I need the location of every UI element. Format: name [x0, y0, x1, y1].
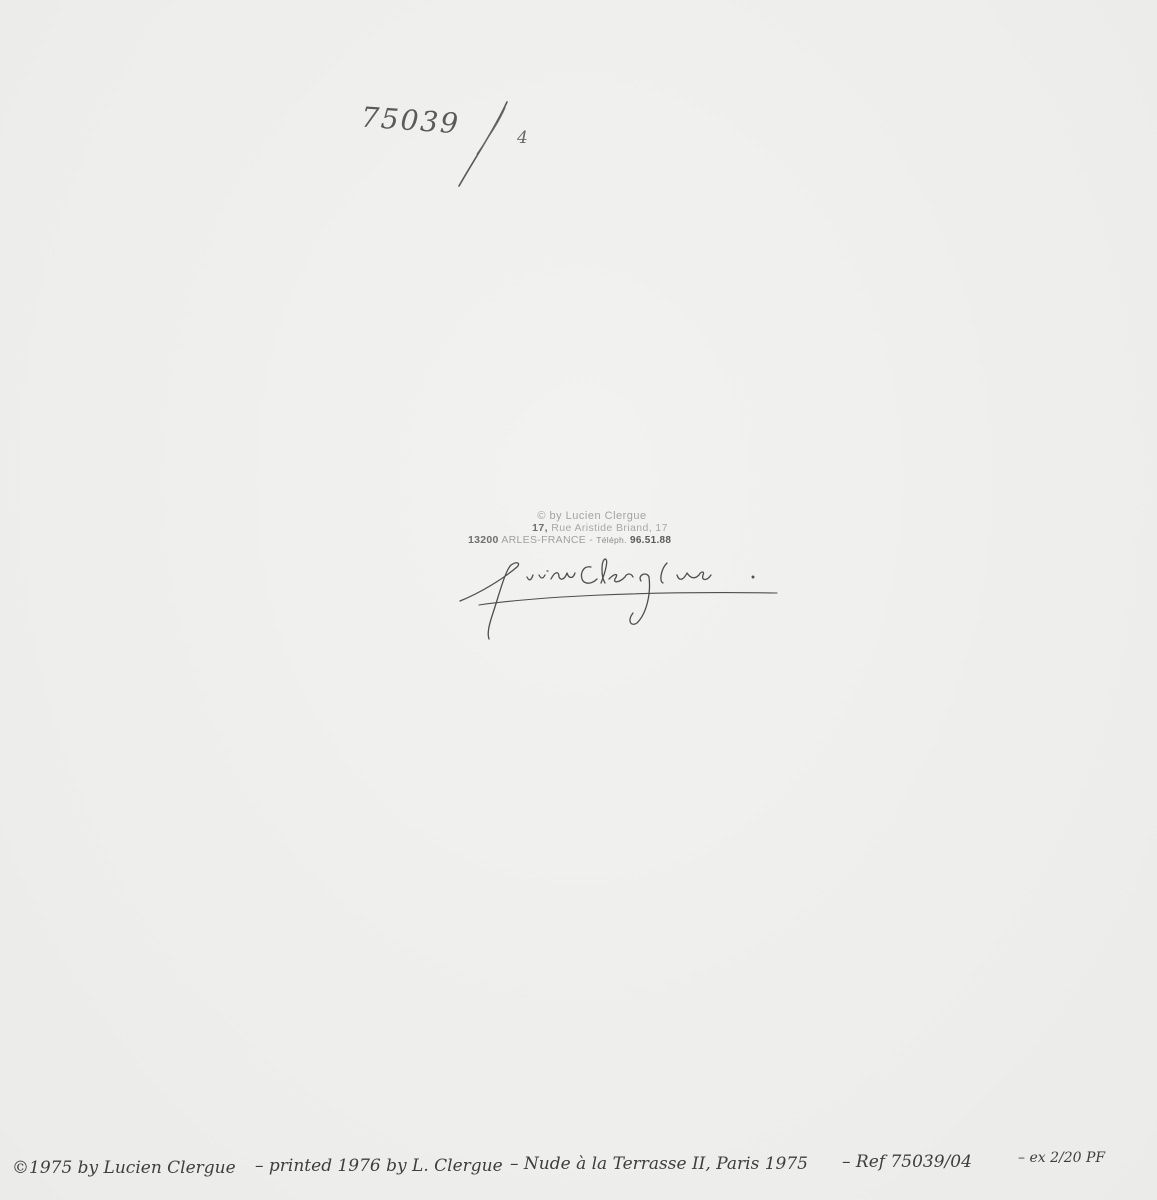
caption-title: – Nude à la Terrasse II, Paris 1975 — [510, 1154, 808, 1174]
stamp-copyright: © by Lucien Clergue — [462, 510, 702, 522]
slash-stroke-icon — [355, 98, 555, 198]
caption-ref: – Ref 75039/04 — [842, 1152, 972, 1172]
handwritten-caption: ©1975 by Lucien Clergue – printed 1976 b… — [12, 1148, 1152, 1198]
caption-edition: – ex 2/20 PF — [1018, 1150, 1105, 1166]
photographer-stamp: © by Lucien Clergue 17, Rue Aristide Bri… — [462, 510, 702, 547]
stamp-city: 13200 ARLES-FRANCE - Téléph. 96.51.88 — [462, 534, 702, 547]
stamp-address-text: Rue Aristide Briand, 17 — [551, 522, 668, 534]
caption-copyright: ©1975 by Lucien Clergue — [12, 1158, 236, 1178]
stamp-postcode: 13200 — [468, 534, 499, 546]
inventory-suffix: 4 — [517, 128, 528, 148]
stamp-phone-number: 96.51.88 — [630, 535, 671, 546]
stamp-address-prefix: 17, — [532, 522, 548, 534]
inventory-mark: 75039 4 — [355, 98, 555, 198]
stamp-city-text: ARLES-FRANCE - — [501, 534, 593, 546]
signature-strokes-icon — [455, 553, 785, 648]
signature — [455, 553, 785, 652]
caption-printed: – printed 1976 by L. Clergue — [255, 1156, 503, 1176]
stamp-phone-label: Téléph. — [596, 535, 626, 545]
stamp-address: 17, Rue Aristide Briand, 17 — [462, 522, 702, 534]
